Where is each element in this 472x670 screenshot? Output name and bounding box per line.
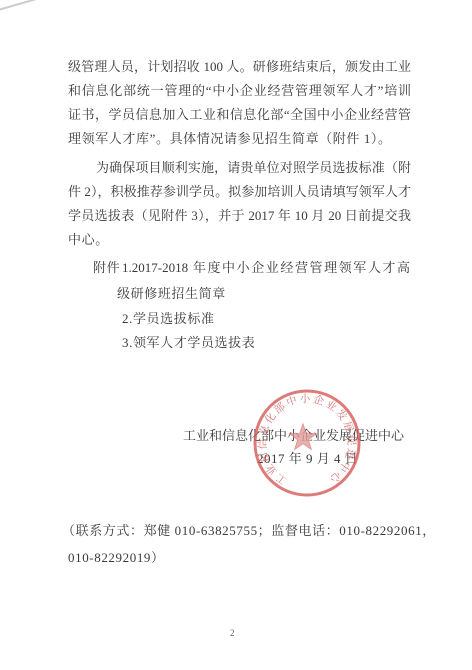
body-paragraph2-line: 中心。	[68, 231, 109, 248]
contact-line: 010-82292019）	[68, 549, 165, 566]
body-paragraph2-line: 为确保项目顺利实施，请贵单位对照学员选拔标准（附	[96, 159, 411, 176]
star-icon	[290, 424, 317, 449]
official-seal: 工业和信息化部中小企业发展促进中心	[251, 387, 363, 499]
body-paragraph2-line: 件 2），积极推荐参训学员。拟参加培训人员请填写领军人才	[68, 183, 411, 200]
page-number: 2	[230, 628, 235, 638]
attachment-item-1-line2: 级研修班招生简章	[117, 285, 226, 302]
contact-line: （联系方式：郑健 010-63825755；监督电话：010-82292061，	[62, 522, 436, 539]
attachment-item-1-line1: 1.2017-2018 年度中小企业经营管理领军人才高	[122, 259, 410, 276]
body-paragraph1-line: 和信息化部统一管理的“中小企业经营管理领军人才”培训	[68, 82, 411, 99]
body-paragraph1-line: 理领军人才库”。具体情况请参见招生简章（附件 1）。	[68, 130, 392, 147]
attachment-item-2: 2.学员选拔标准	[122, 310, 215, 327]
document-page: 级管理人员，计划招收 100 人。研修班结束后，颁发由工业 和信息化部统一管理的…	[0, 0, 472, 670]
attachments-label: 附件	[93, 259, 120, 276]
body-paragraph2-line: 学员选拔表（见附件 3），并于 2017 年 10 月 20 日前提交我	[68, 207, 411, 224]
scan-artifact-line	[0, 0, 37, 10]
body-paragraph1-line: 证书，学员信息加入工业和信息化部“全国中小企业经营管	[68, 106, 411, 123]
body-paragraph1-line: 级管理人员，计划招收 100 人。研修班结束后，颁发由工业	[68, 58, 411, 75]
attachment-item-3: 3.领军人才学员选拔表	[122, 334, 255, 351]
